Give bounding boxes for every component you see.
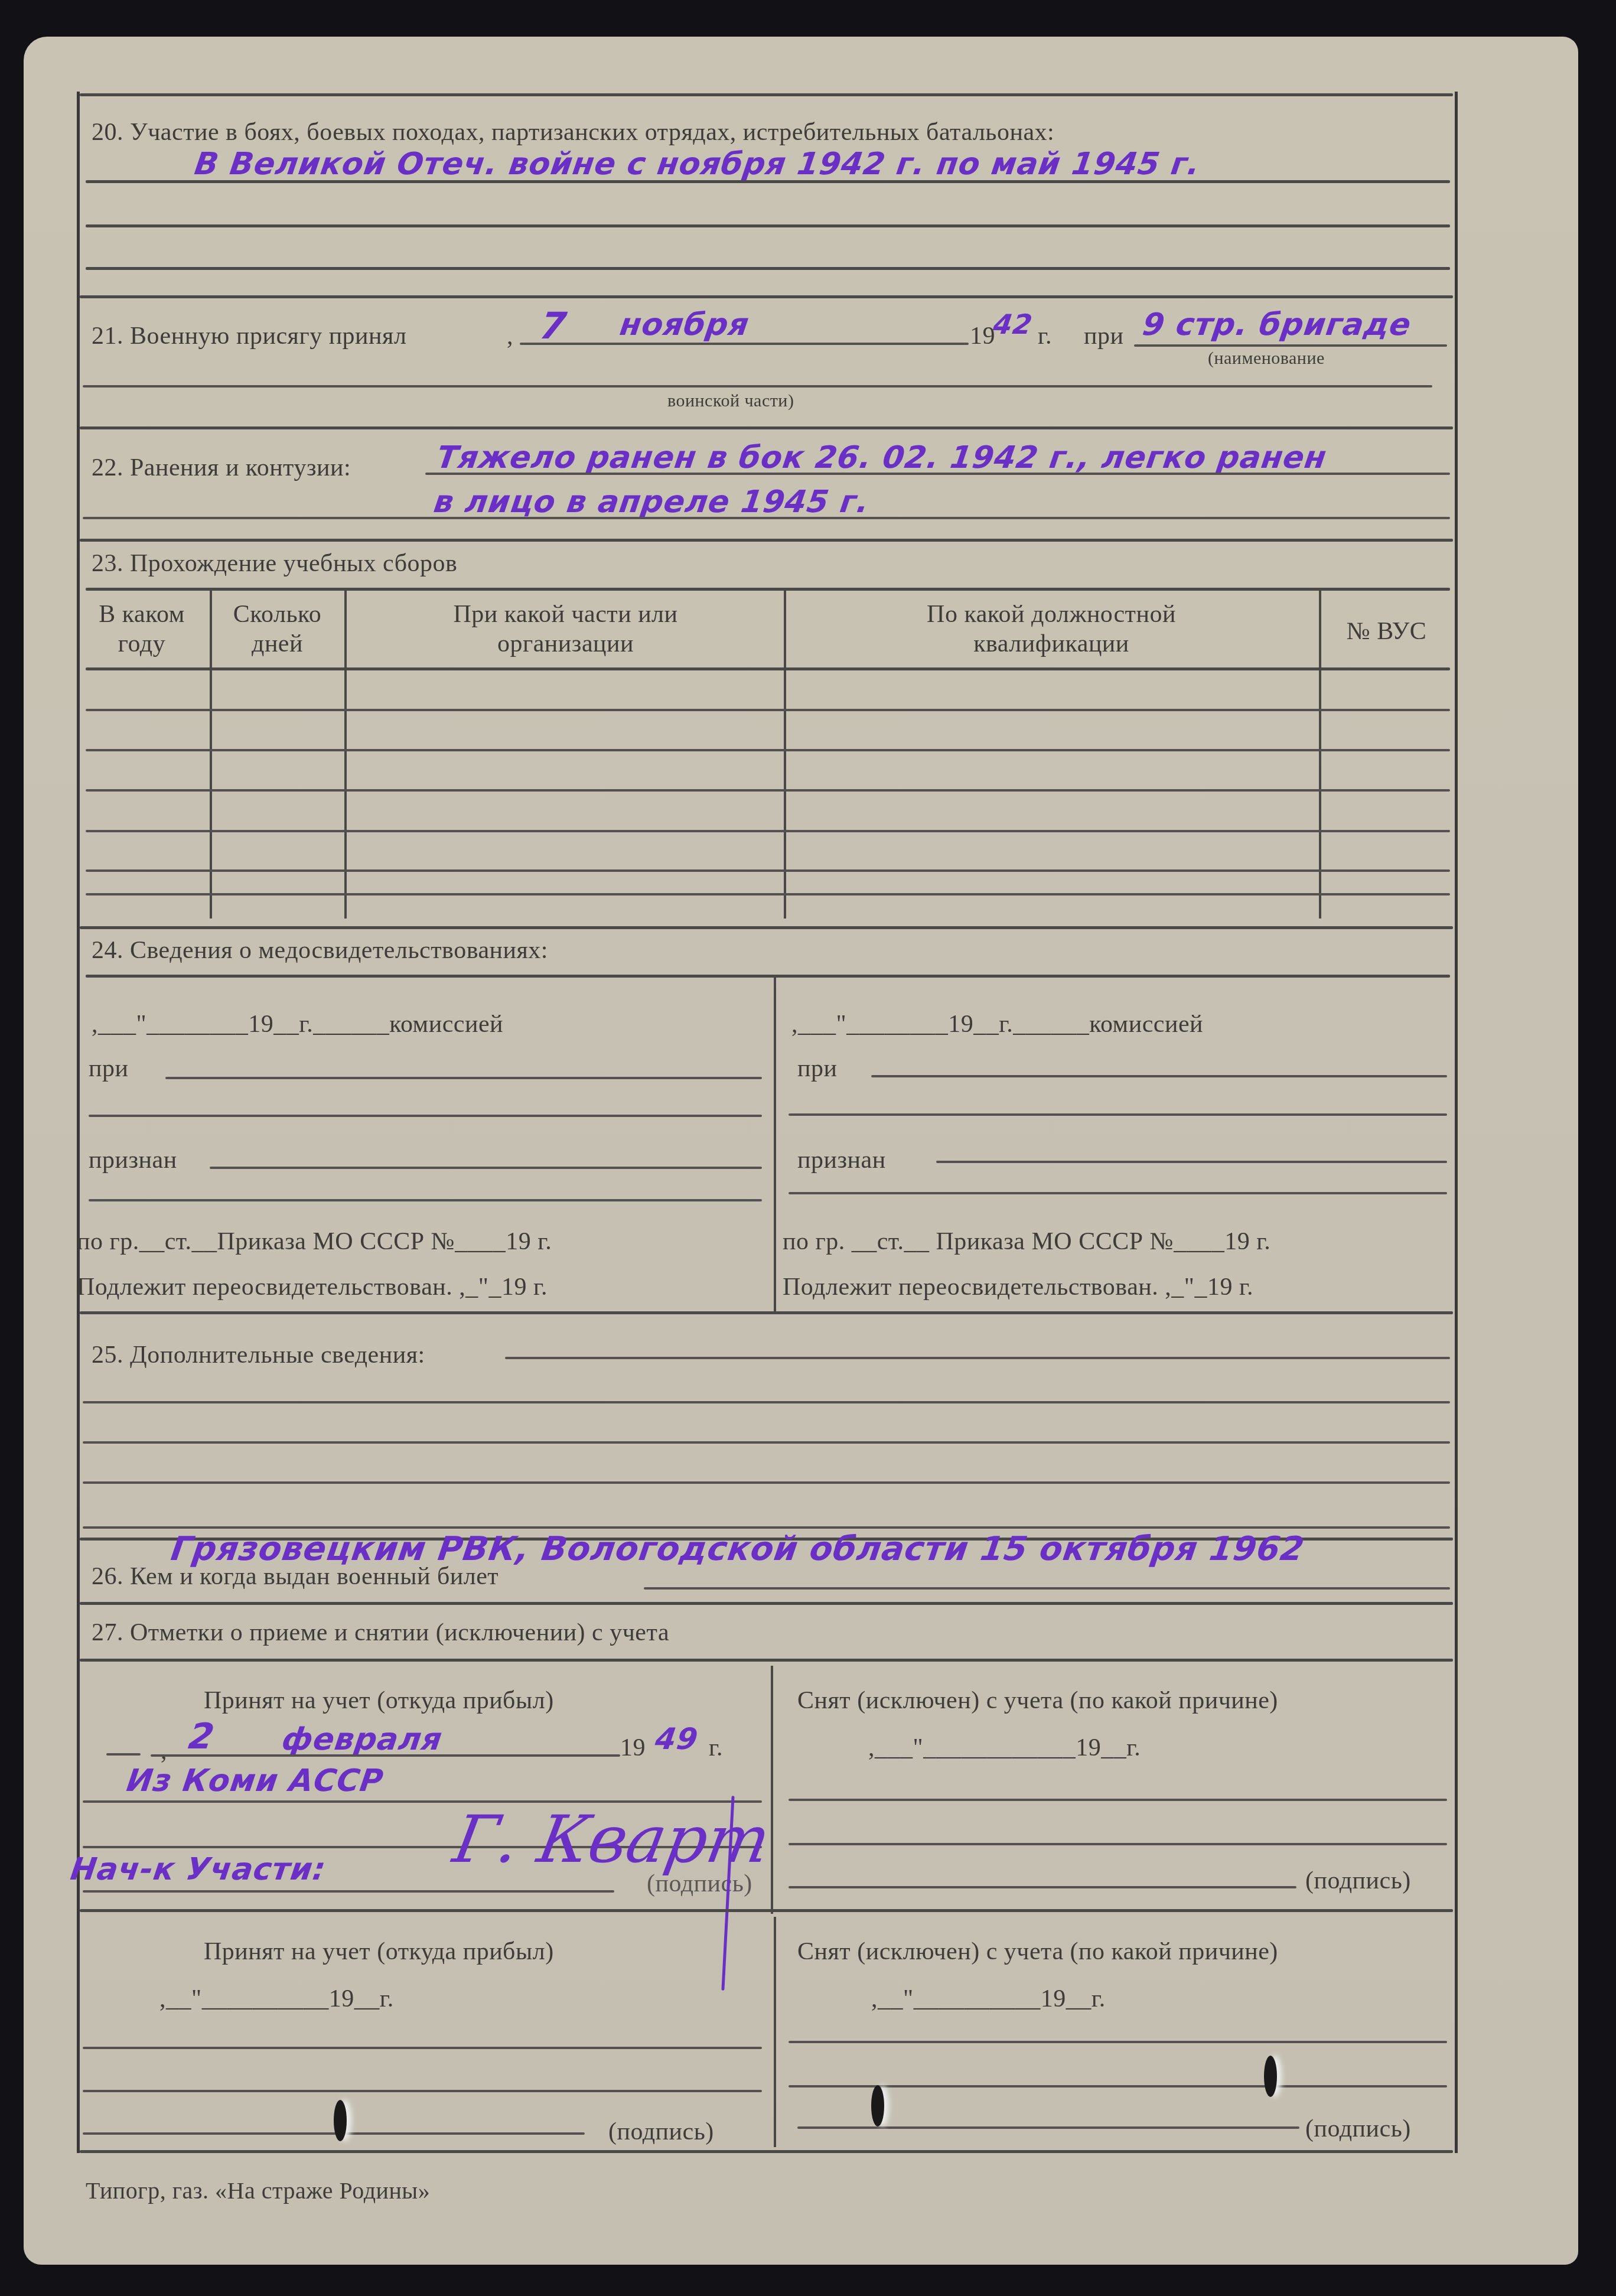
s23-bottom-border [80,926,1453,929]
s23-col-qual-l2: квалификации [786,629,1317,659]
s24-right-line [789,1113,1447,1116]
s27-b1-year-hand: 49 [653,1722,701,1756]
s27-b1r-signature-line [789,1886,1296,1888]
s22-bottom-border [80,539,1453,542]
s24-left-priznan: признан [89,1146,177,1174]
s27-b1-removed-date: ,___"____________19__г. [868,1734,1141,1762]
s24-right-reexam-line: Подлежит переосвидетельствован. ,_"_19 г… [783,1273,1253,1301]
staple-hole [334,2100,347,2141]
s24-right-priznan: признан [797,1146,886,1174]
s21-caption-1: (наименование [1208,349,1325,369]
s24-right-pri-line [871,1075,1447,1077]
s27-b2-line-1 [83,2047,762,2049]
s23-col-days-l1: Сколько [214,600,341,629]
s24-left-reexam-line: Подлежит переосвидетельствован. ,_"_19 г… [77,1273,548,1301]
s21-unit-hand: 9 стр. бригаде [1141,307,1413,343]
s24-label: 24. Сведения о медосвидетельствованиях: [92,936,548,965]
s22-hand-line-1: Тяжело ранен в бок 26. 02. 1942 г., легк… [435,440,1329,476]
s23-row-line [86,869,1450,872]
s23-row-line [86,830,1450,832]
s23-col-unit: При какой части или организации [348,600,783,659]
s26-bottom-border [80,1602,1453,1605]
s20-line-2 [86,224,1450,227]
s27-b2-removed-date: ,__"__________19__г. [871,1985,1106,2013]
s27-b1-position-hand: Нач-к Участи: [69,1852,328,1887]
s23-col-unit-l1: При какой части или [348,600,783,629]
s24-left-order-line: по гр.__ст.__Приказа МО СССР №____19 г. [77,1227,552,1256]
s27-top-line [80,1659,1453,1662]
s27-b1-removed-title: Снят (исключен) с учета (по какой причин… [797,1686,1278,1715]
s24-left-pri-line [165,1077,762,1079]
s24-right-priznan-line [936,1161,1447,1163]
s27-b2-signature-line [83,2132,585,2135]
s23-col-qual-l1: По какой должностной [786,600,1317,629]
s21-date-line [520,343,969,345]
s20-label: 20. Участие в боях, боевых походах, парт… [92,118,1054,146]
s27-b2-accepted-title: Принят на учет (откуда прибыл) [204,1937,554,1966]
s20-line-3 [86,267,1450,270]
s23-header-bottom [86,667,1450,670]
s25-line-2 [83,1441,1450,1444]
s24-right-pri: при [797,1054,837,1083]
s27-b1-removed-signature-label: (подпись) [1305,1867,1411,1895]
s23-col-vus: № ВУС [1323,617,1450,646]
s21-year-hand: 42 [991,308,1035,340]
s24-left-line [89,1199,762,1201]
s22-hand-line-2: в лицо в апреле 1945 г. [432,484,872,520]
s27-b2-line-2 [83,2090,762,2092]
s23-col-days: Сколько дней [214,600,341,659]
s23-row-line [86,893,1450,895]
s27-b1r-line-1 [789,1799,1447,1801]
form-bottom-border [80,2150,1453,2153]
s24-vsep [774,978,776,1311]
s23-col-unit-l2: организации [348,629,783,659]
s20-handwritten-entry: В Великой Отеч. войне с ноября 1942 г. п… [193,146,1203,182]
s25-line-3 [83,1481,1450,1484]
s27-b2r-signature-line [797,2126,1299,2129]
s25-line-4 [83,1526,1450,1529]
s27-b1-date-line [151,1754,620,1757]
s27-b2r-line-2 [789,2085,1447,2087]
s27-b2-signature-label: (подпись) [608,2118,714,2146]
s26-line [644,1587,1450,1590]
s27-b1r-line-2 [789,1843,1447,1845]
s21-g: г. [1038,322,1052,350]
s23-col-year-l1: В каком [83,600,201,629]
s23-table-top [86,588,1450,591]
s27-label: 27. Отметки о приеме и снятии (исключени… [92,1618,669,1647]
s21-caption-2: воинской части) [667,391,794,411]
s27-b1-signature-line [83,1890,614,1893]
staple-hole [871,2085,884,2126]
s27-vsep-2 [774,1917,776,2147]
s27-block1-bottom [80,1909,1453,1912]
s27-b1-year-prefix: 19 [620,1734,646,1762]
s23-label: 23. Прохождение учебных сборов [92,549,457,578]
s27-b2r-line-1 [789,2041,1447,2043]
s24-left-line [89,1115,762,1117]
s27-b1-g: г. [709,1734,723,1762]
s26-handwritten-entry: Грязовецким РВК, Вологодской области 15 … [168,1530,1307,1568]
s25-line-0 [505,1357,1450,1359]
s21-open-quote: , [507,322,513,350]
s21-unit-line [1134,344,1447,347]
s25-line-1 [83,1401,1450,1403]
s27-b2-accepted-date: ,__"__________19__г. [159,1985,394,2013]
s27-b1-from-hand: Из Коми АССР [125,1763,386,1799]
printer-imprint: Типогр, газ. «На страже Родины» [86,2177,430,2204]
s23-row-line [86,709,1450,711]
top-border [80,93,1453,96]
s21-label: 21. Военную присягу принял [92,322,406,350]
s27-vsep-1 [771,1666,773,1914]
s27-b1-accepted-title: Принят на учет (откуда прибыл) [204,1686,554,1715]
s25-label: 25. Дополнительные сведения: [92,1341,425,1369]
s24-right-line [789,1192,1447,1194]
s22-line-1 [425,473,1450,475]
staple-hole [1264,2056,1277,2097]
s24-left-pri: при [89,1054,128,1083]
s27-b1-day-line [106,1753,141,1756]
s21-pri: при [1084,322,1123,350]
s20-line-1 [86,180,1450,183]
s24-top-line [86,975,1450,978]
s22-label: 22. Ранения и контузии: [92,454,351,482]
s23-col-days-l2: дней [214,629,341,659]
s21-month-hand: ноября [618,307,751,343]
s23-col-year-l2: году [83,629,201,659]
s23-row-line [86,789,1450,792]
s24-left-date-line: ,___"________19__г.______комиссией [92,1010,503,1038]
s21-unit-line-2 [83,385,1432,387]
s20-bottom-border [80,295,1453,298]
s24-right-date-line: ,___"________19__г.______комиссией [791,1010,1203,1038]
s27-b2-removed-title: Снят (исключен) с учета (по какой причин… [797,1937,1278,1966]
s24-right-order-line: по гр. __ст.__ Приказа МО СССР №____19 г… [783,1227,1270,1256]
signature: Г. Кварт [448,1802,776,1877]
s24-left-priznan-line [210,1167,762,1169]
s22-line-2 [83,517,1450,519]
s24-bottom-border [80,1311,1453,1314]
s27-b1-quote: , [161,1737,167,1765]
s27-b1-month-hand: февраля [280,1722,445,1757]
s23-row-line [86,749,1450,751]
s21-bottom-border [80,426,1453,429]
s23-col-qualification: По какой должностной квалификации [786,600,1317,659]
s27-b2-removed-signature-label: (подпись) [1305,2115,1411,2143]
s23-col-year: В каком году [83,600,201,659]
